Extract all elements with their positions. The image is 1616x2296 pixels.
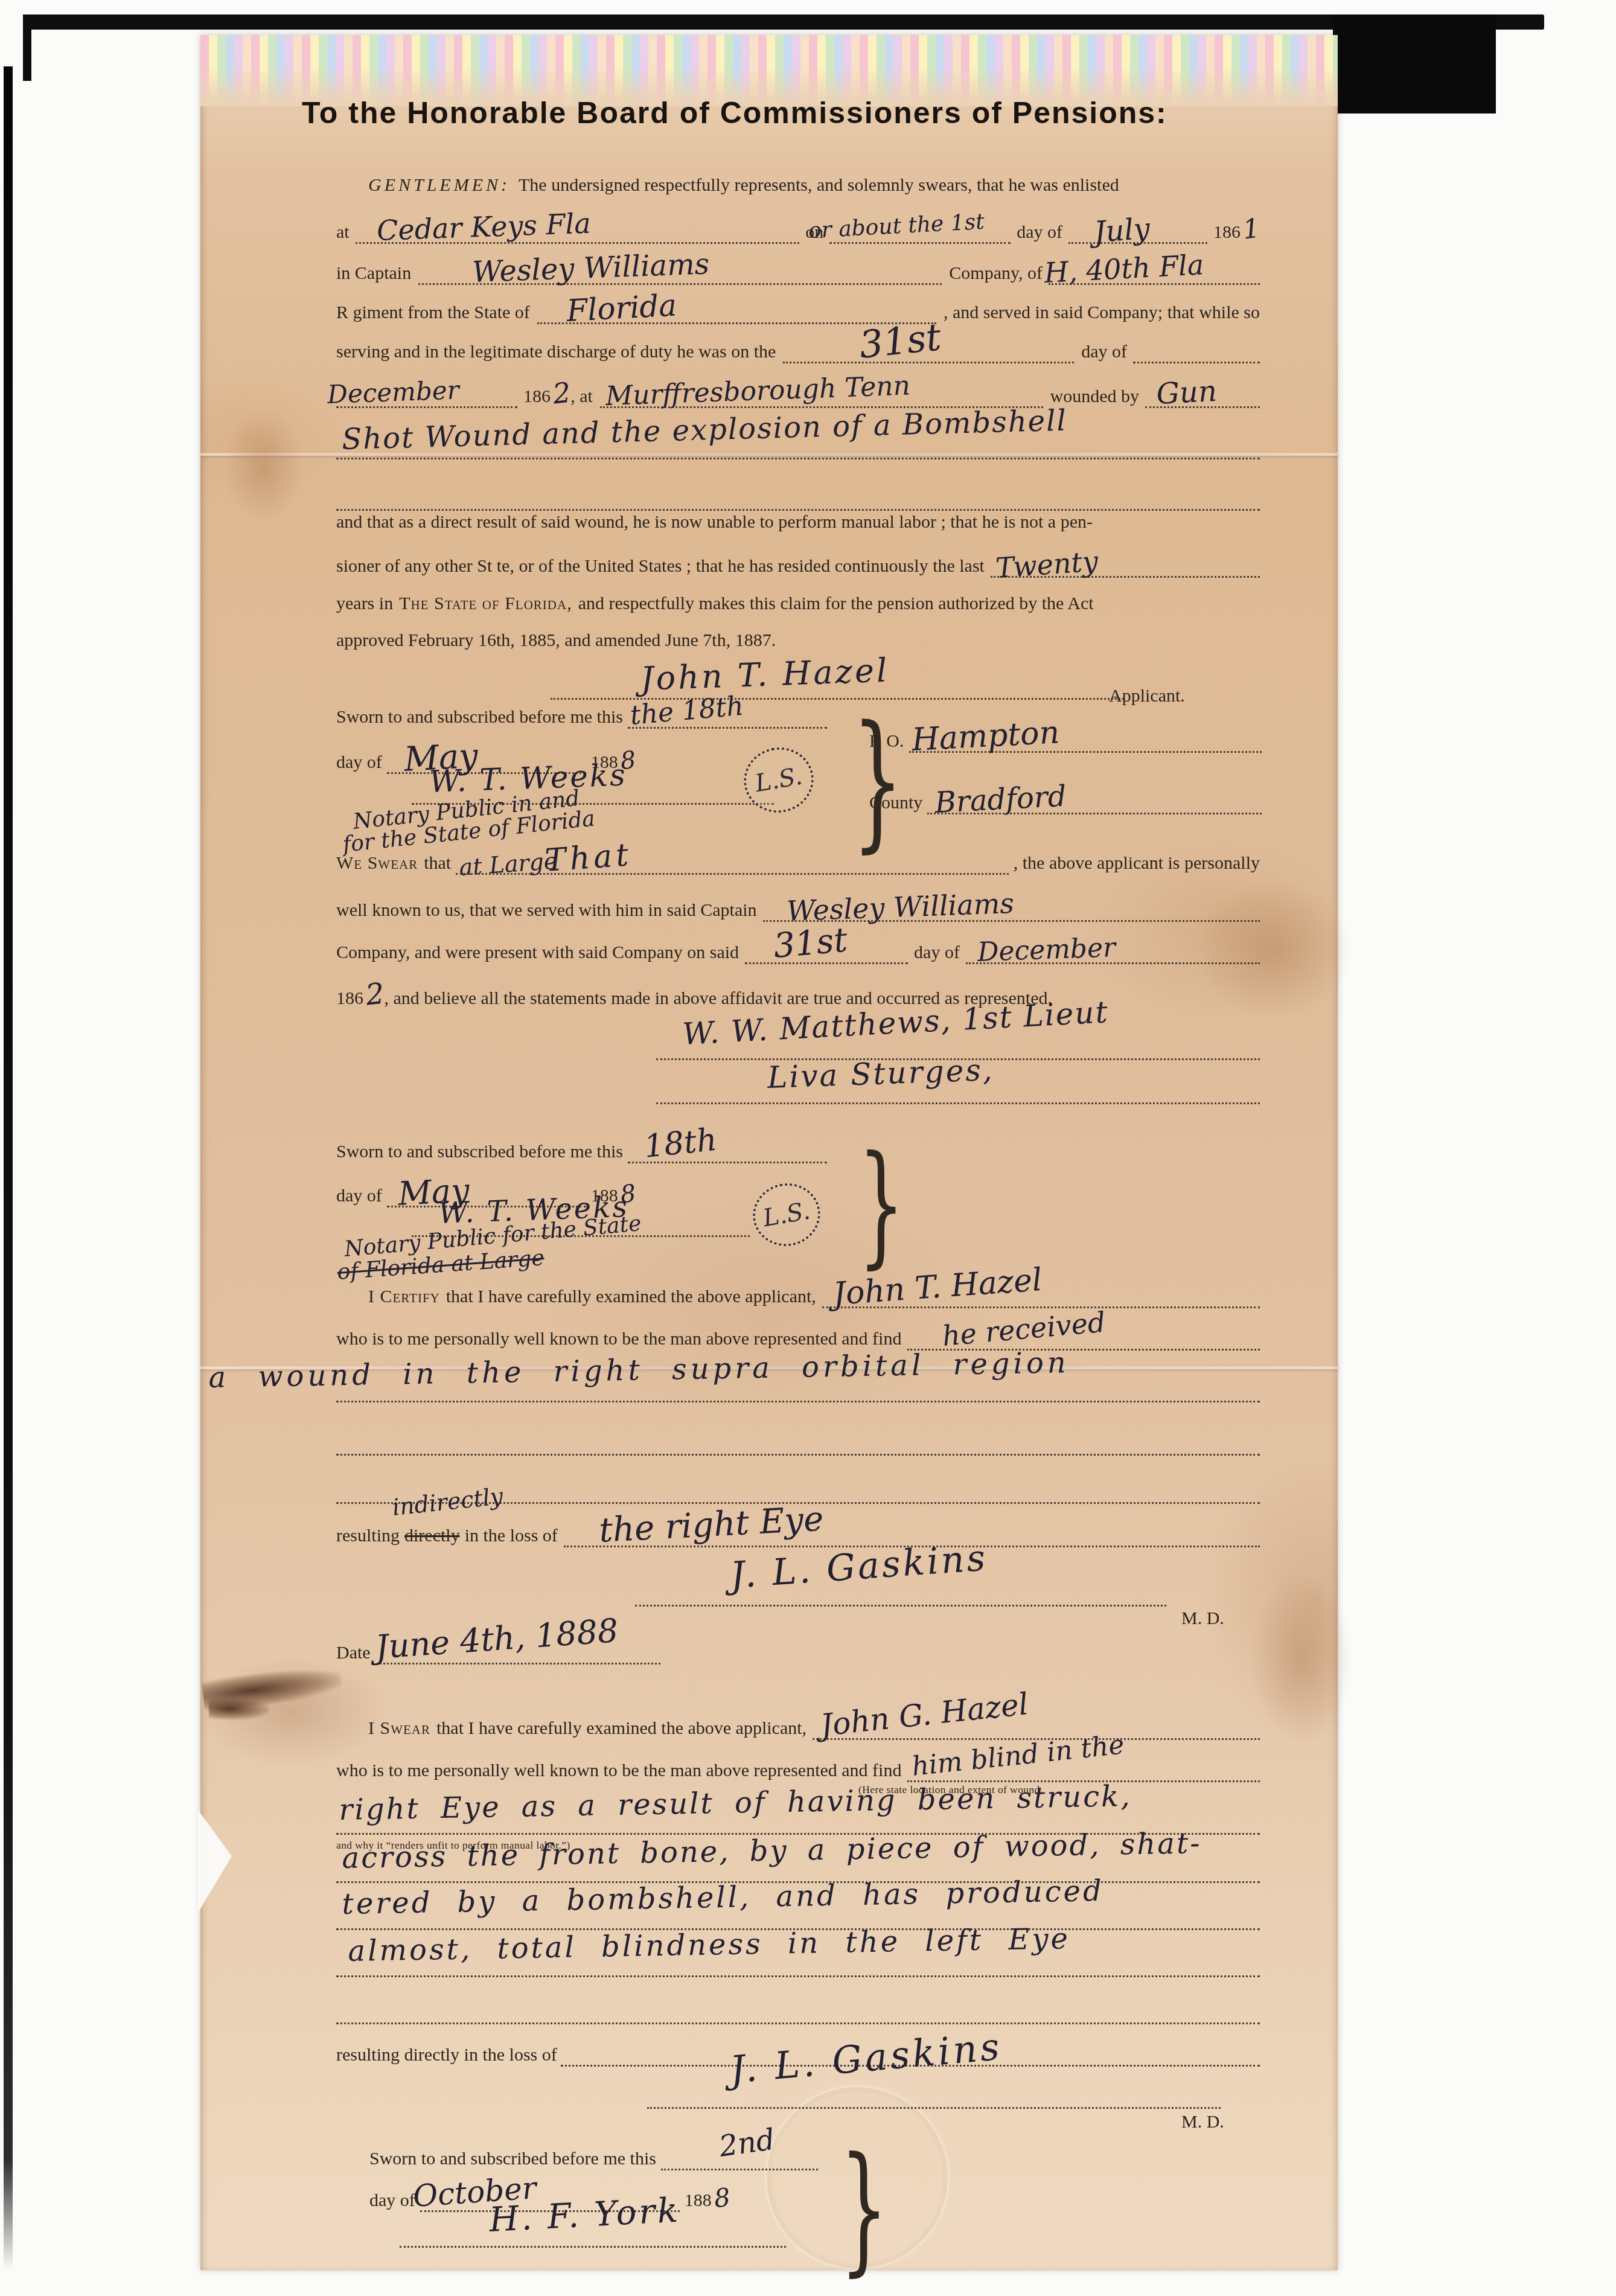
blank-wound-month: December bbox=[336, 385, 517, 408]
blank-exam2-finding: him blind in the bbox=[907, 1759, 1260, 1782]
hw-certify-finding: he received bbox=[941, 1308, 1107, 1350]
hw-affidavit-day: 31st bbox=[772, 924, 849, 964]
paper: To the Honorable Board of Commissioners … bbox=[200, 35, 1338, 2270]
blank-affidavit-that: That bbox=[456, 851, 1009, 875]
scanner-edge-bar-top bbox=[23, 14, 1544, 30]
hw-years: Twenty bbox=[995, 547, 1099, 582]
paper-tear bbox=[198, 1810, 232, 1913]
hw-wound-year: 2 bbox=[552, 379, 572, 409]
paper-stain bbox=[1251, 1575, 1353, 1744]
blank-sworn2-day: 18th bbox=[628, 1140, 827, 1163]
hw-sworn1-day: the 18th bbox=[629, 693, 744, 729]
label-year-186: 186 bbox=[523, 386, 551, 409]
blank-po: Hampton bbox=[909, 729, 1262, 753]
label-md: M. D. bbox=[1181, 2112, 1224, 2132]
blank-affidavit-day: 31st bbox=[745, 941, 908, 964]
certify-lead: I Certify bbox=[368, 1287, 440, 1309]
scanned-document: To the Honorable Board of Commissioners … bbox=[0, 0, 1616, 2296]
blank-affidavit-captain: Wesley Williams bbox=[763, 898, 1260, 922]
brace-sworn1: } bbox=[852, 706, 904, 854]
exam2-lead: I Swear bbox=[368, 1718, 430, 1741]
hw-exam1-loss: the right Eye bbox=[598, 1503, 824, 1548]
label-county: County bbox=[869, 793, 922, 815]
hw-exam1-signature: J. L. Gaskins bbox=[729, 1540, 989, 1594]
sworn2-text: Sworn to and subscribed before me this bbox=[336, 1142, 623, 1164]
label-day-of: day of bbox=[1081, 342, 1127, 364]
blank-wound-cause2 bbox=[336, 458, 1260, 459]
brace-sworn3: } bbox=[840, 2140, 888, 2278]
sworn3-dayof: day of bbox=[369, 2190, 415, 2213]
para-result-l1: and that as a direct result of said woun… bbox=[336, 512, 1093, 534]
hw-enlist-year: 1 bbox=[1242, 216, 1262, 245]
label-year-186: 186 bbox=[336, 988, 363, 1011]
exam2-l2: who is to me personally well known to be… bbox=[336, 1760, 901, 1783]
hw-wound-cause: Gun bbox=[1155, 377, 1218, 409]
paper-stain bbox=[225, 409, 303, 524]
sworn1-text: Sworn to and subscribed before me this bbox=[336, 707, 623, 729]
label-at: at bbox=[336, 222, 350, 245]
affidavit-rest: , the above applicant is personally bbox=[1014, 853, 1260, 875]
label-day-of: day of bbox=[1017, 222, 1062, 245]
sworn1-dayof: day of bbox=[336, 752, 382, 775]
scanner-edge-corner bbox=[23, 14, 31, 81]
label-regiment-rest: , and served in said Company; that while… bbox=[944, 302, 1260, 325]
hw-wound-place: Murffresborough Tenn bbox=[605, 373, 910, 410]
label-year-188: 188 bbox=[685, 2190, 712, 2213]
label-po: P. O. bbox=[869, 731, 904, 753]
brace-sworn2: } bbox=[858, 1137, 904, 1270]
label-regiment: R giment from the State of bbox=[336, 302, 530, 325]
hw-exam2-line1: right Eye as a result of having been str… bbox=[339, 1782, 1132, 1824]
blank-certify-finding2 bbox=[336, 1401, 1260, 1402]
affidavit-l3: Company, and were present with said Comp… bbox=[336, 942, 739, 965]
blank-witness2 bbox=[656, 1102, 1260, 1104]
salutation: GENTLEMEN: bbox=[368, 175, 510, 197]
label-in-captain: in Captain bbox=[336, 263, 411, 286]
hw-sworn2-day: 18th bbox=[642, 1124, 718, 1163]
blank-certify-finding: he received bbox=[907, 1327, 1260, 1351]
exam1-struck-directly: directly bbox=[404, 1526, 460, 1548]
certify-l2: who is to me personally well known to be… bbox=[336, 1329, 901, 1351]
hw-affidavit-captain: Wesley Williams bbox=[786, 889, 1014, 925]
blank-empty bbox=[1133, 340, 1260, 363]
hw-witness2: Liva Sturges, bbox=[767, 1055, 994, 1093]
intro-text: The undersigned respectfully represents,… bbox=[519, 175, 1119, 197]
exam1-post: in the loss of bbox=[465, 1526, 558, 1548]
notary-seal-ls: L.S. bbox=[748, 1178, 825, 1252]
blank-county: Bradford bbox=[927, 791, 1262, 814]
para-result-l3a: years in bbox=[336, 593, 393, 616]
hw-certify-finding2: a wound in the right supra orbital regio… bbox=[208, 1348, 1070, 1392]
sworn3-text: Sworn to and subscribed before me this bbox=[369, 2149, 656, 2171]
hw-date: June 4th, 1888 bbox=[374, 1614, 619, 1664]
form-title: To the Honorable Board of Commissioners … bbox=[302, 95, 1167, 130]
hw-exam2-line4: almost, total blindness in the left Eye bbox=[348, 1924, 1070, 1966]
hw-exam2-signature: J. L. Gaskins bbox=[729, 2028, 1004, 2089]
hw-wound-day: 31st bbox=[858, 318, 943, 364]
hw-wound-cause2: Shot Wound and the explosion of a Bombsh… bbox=[342, 406, 1068, 454]
affidavit-lead: We Swear bbox=[336, 853, 418, 875]
para-result-l3c: and respectfully makes this claim for th… bbox=[578, 593, 1094, 616]
blank-enlist-month: July bbox=[1068, 220, 1207, 244]
blank-exam2-name: John G. Hazel bbox=[813, 1716, 1260, 1740]
blank-company: H, 40th Fla bbox=[1049, 261, 1260, 285]
blank-enlist-day: or about the 1st bbox=[829, 220, 1011, 244]
affidavit-that: that bbox=[424, 853, 451, 875]
label-company-of: Company, of bbox=[949, 263, 1043, 286]
blank-affidavit-month: December bbox=[966, 941, 1260, 964]
hw-affidavit-year: 2 bbox=[364, 979, 386, 1011]
blank-date: June 4th, 1888 bbox=[377, 1641, 660, 1664]
exam1-pre: resulting bbox=[336, 1526, 400, 1548]
exam2-resulting: resulting directly in the loss of bbox=[336, 2045, 557, 2067]
blank-exam1-signature bbox=[635, 1605, 1166, 1607]
hw-company: H, 40th Fla bbox=[1044, 251, 1205, 287]
affidavit-dayof: day of bbox=[914, 942, 960, 965]
certify-text: that I have carefully examined the above… bbox=[446, 1287, 816, 1309]
blank-certify-name: John T. Hazel bbox=[822, 1285, 1260, 1308]
blank-empty-line bbox=[336, 2023, 1260, 2024]
blank-exam2-signature bbox=[647, 2107, 1221, 2109]
hw-po: Hampton bbox=[911, 717, 1060, 756]
para-result-l3b: The State of Florida, bbox=[399, 593, 572, 616]
hw-affidavit-month: December bbox=[977, 935, 1116, 966]
hw-applicant-signature: John T. Hazel bbox=[640, 654, 890, 696]
para-result-l2: sioner of any other St te, or of the Uni… bbox=[336, 556, 985, 578]
label-applicant: Applicant. bbox=[1109, 686, 1185, 706]
hw-sworn3-day: 2nd bbox=[717, 2125, 776, 2161]
blank-enlist-place: Cedar Keys Fla bbox=[356, 220, 800, 244]
affidavit-l2: well known to us, that we served with hi… bbox=[336, 900, 757, 923]
blank-sworn1-day: the 18th bbox=[628, 705, 827, 729]
blank-sworn3-day: 2nd bbox=[661, 2147, 818, 2170]
para-result-l4: approved February 16th, 1885, and amende… bbox=[336, 630, 776, 653]
hw-enlist-month: July bbox=[1093, 214, 1151, 247]
blank-sworn3-officer bbox=[400, 2246, 786, 2248]
label-at: , at bbox=[570, 386, 593, 409]
hw-enlist-day: or about the 1st bbox=[808, 211, 985, 242]
blank-captain-name: Wesley Williams bbox=[418, 261, 942, 285]
blank-exam2-hw4 bbox=[336, 1975, 1260, 1977]
sworn2-dayof: day of bbox=[336, 1186, 382, 1208]
blank-empty-line bbox=[336, 1454, 1260, 1456]
notary-seal-ls: L.S. bbox=[739, 742, 819, 819]
scanner-edge-block-top-right bbox=[1333, 14, 1496, 114]
hw-state: Florida bbox=[566, 290, 677, 326]
blank-years: Twenty bbox=[991, 554, 1260, 578]
hw-sworn3-officer: H. F. York bbox=[488, 2194, 681, 2237]
hw-sworn3-year: 8 bbox=[713, 2185, 732, 2213]
label-year-186: 186 bbox=[1213, 222, 1241, 245]
hw-exam2-line2: across the front bone, by a piece of woo… bbox=[342, 1829, 1202, 1873]
hw-exam2-name: John G. Hazel bbox=[819, 1689, 1030, 1741]
label-serving: serving and in the legitimate discharge … bbox=[336, 342, 776, 364]
hw-indirectly: indirectly bbox=[391, 1485, 504, 1519]
hw-captain-name: Wesley Williams bbox=[471, 249, 710, 287]
blank-empty-line bbox=[336, 509, 1260, 511]
ink-stain bbox=[209, 1699, 269, 1719]
scanner-edge-line-left bbox=[4, 66, 13, 2270]
hw-enlist-place: Cedar Keys Fla bbox=[376, 209, 591, 245]
hw-county: Bradford bbox=[934, 782, 1067, 817]
label-md: M. D. bbox=[1181, 1608, 1224, 1629]
blank-wound-day: 31st bbox=[783, 340, 1074, 363]
hw-affidavit-that: That bbox=[545, 839, 633, 877]
exam2-text: that I have carefully examined the above… bbox=[436, 1718, 806, 1741]
blank-wound-place: Murffresborough Tenn bbox=[600, 385, 1043, 408]
blank-wound-cause: Gun bbox=[1145, 385, 1260, 408]
label-date: Date bbox=[336, 1643, 371, 1665]
hw-wound-month: December bbox=[327, 377, 460, 408]
